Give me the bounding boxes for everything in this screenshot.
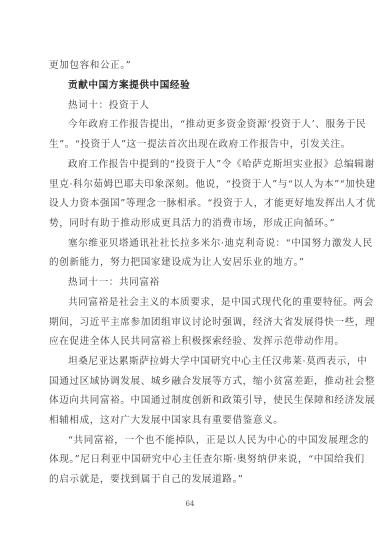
text-line: 里克·科尔茹姆巴耶夫印象深刻。他说，“投资于人”与“以人为本”“加快建	[49, 179, 333, 191]
section-heading: 贡献中国方案提供中国经验	[68, 80, 352, 92]
text-line: 塞尔维亚贝塔通讯社社长拉多米尔·迪克利奇说：“中国努力激发人民	[68, 238, 352, 250]
document-page: 更加包容和公正。”贡献中国方案提供中国经验热词十：投资于人今年政府工作报告提出，…	[0, 0, 380, 537]
text-line: 坦桑尼亚达累斯萨拉姆大学中国研究中心主任汉弗莱·莫西表示，中	[68, 356, 352, 368]
text-line: 势，同时有助于推动形成更具活力的消费市场，形成正向循环。”	[49, 218, 333, 230]
text-line: 国通过区域协调发展、城乡融合发展等方式，缩小贫富差距，推动社会整	[49, 376, 333, 388]
text-line: 体迈向共同富裕。中国通过制度创新和政策引导，使民生保障和经济发展	[49, 395, 333, 407]
text-line: 期间，习近平主席参加团组审议讨论时强调，经济大省发展得快一些，理	[49, 317, 333, 329]
text-line: 热词十一：共同富裕	[68, 277, 352, 289]
text-line: 相辅相成，这对广大发展中国家具有重要借鉴意义。	[49, 415, 333, 427]
text-line: 的启示就是，要找到属于自己的发展道路。”	[49, 474, 333, 486]
text-line: 共同富裕是社会主义的本质要求，是中国式现代化的重要特征。两会	[68, 297, 352, 309]
text-line: 体现。”尼日利亚中国研究中心主任查尔斯·奥努纳伊来说，“中国给我们	[49, 454, 333, 466]
text-line: 今年政府工作报告提出，“推动更多资金资源‘投资于人’、服务于民	[68, 119, 352, 131]
text-line: 设人力资本强国”等理念一脉相承。“投资于人，才能更好地发挥出人才优	[49, 198, 333, 210]
text-line: 生”。“投资于人”这一提法首次出现在政府工作报告中，引发关注。	[49, 139, 333, 151]
text-line: “共同富裕，一个也不能掉队，正是以人民为中心的中国发展理念的	[68, 435, 352, 447]
text-line: 政府工作报告中提到的“投资于人”令《哈萨克斯坦实业报》总编辑谢	[68, 159, 352, 171]
text-line: 的创新能力，努力把国家建设成为让人安居乐业的地方。”	[49, 257, 333, 269]
page-number: 64	[0, 500, 380, 508]
text-line: 更加包容和公正。”	[49, 60, 333, 72]
text-line: 热词十：投资于人	[68, 100, 352, 112]
text-line: 应在促进全体人民共同富裕上积极探索经验、发挥示范带动作用。	[49, 336, 333, 348]
